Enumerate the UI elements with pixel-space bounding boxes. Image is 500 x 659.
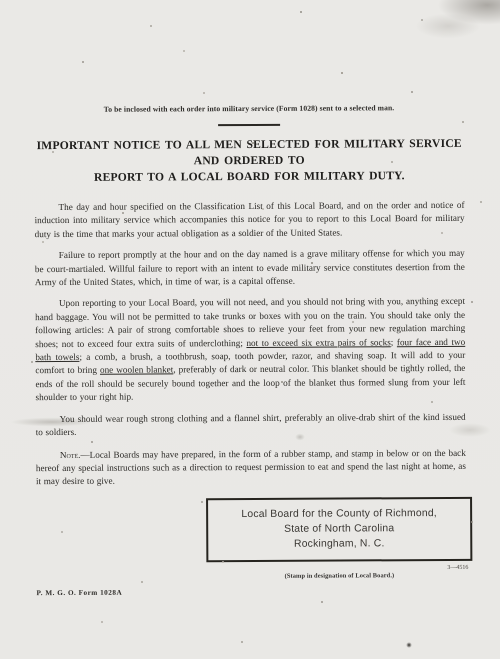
underlined-six-extra-socks: not to exceed six extra pairs of socks [246,337,390,348]
note-text: —Local Boards may have prepared, in the … [36,447,466,486]
print-code: 3—4516 [447,565,468,571]
stamp-caption-row: (Stamp in designation of Local Board.) 3… [206,564,472,574]
document-content: To be inclosed with each order into mili… [0,0,500,597]
stamp-line-state: State of North Carolina [212,521,466,537]
paragraph-clothing: You should wear rough strong clothing an… [36,411,466,440]
scanned-paper-background: { "doc": { "distribution_line": "To be i… [0,0,500,659]
form-number: P. M. G. O. Form 1028A [37,587,467,597]
distribution-line: To be inclosed with each order into mili… [34,103,464,114]
paragraph-note: Note.—Local Boards may have prepared, in… [36,446,466,488]
title-line-2: REPORT TO A LOCAL BOARD FOR MILITARY DUT… [34,168,464,186]
underlined-woolen-blanket: one woolen blanket [100,365,173,375]
paragraph-what-to-bring: Upon reporting to your Local Board, you … [35,295,466,404]
stamp-caption: (Stamp in designation of Local Board.) [285,572,395,580]
stamp-line-county: Local Board for the County of Richmond, [212,506,466,522]
note-label: Note. [60,449,81,459]
local-board-stamp: Local Board for the County of Richmond, … [206,497,472,562]
document-title: IMPORTANT NOTICE TO ALL MEN SELECTED FOR… [34,136,464,186]
title-line-1: IMPORTANT NOTICE TO ALL MEN SELECTED FOR… [34,136,464,170]
divider-rule [218,124,280,126]
paragraph-induction-time: The day and hour specified on the Classi… [34,199,464,241]
paragraph-failure-to-report: Failure to report promptly at the hour a… [35,247,465,289]
stamp-line-city: Rockingham, N. C. [212,536,466,552]
